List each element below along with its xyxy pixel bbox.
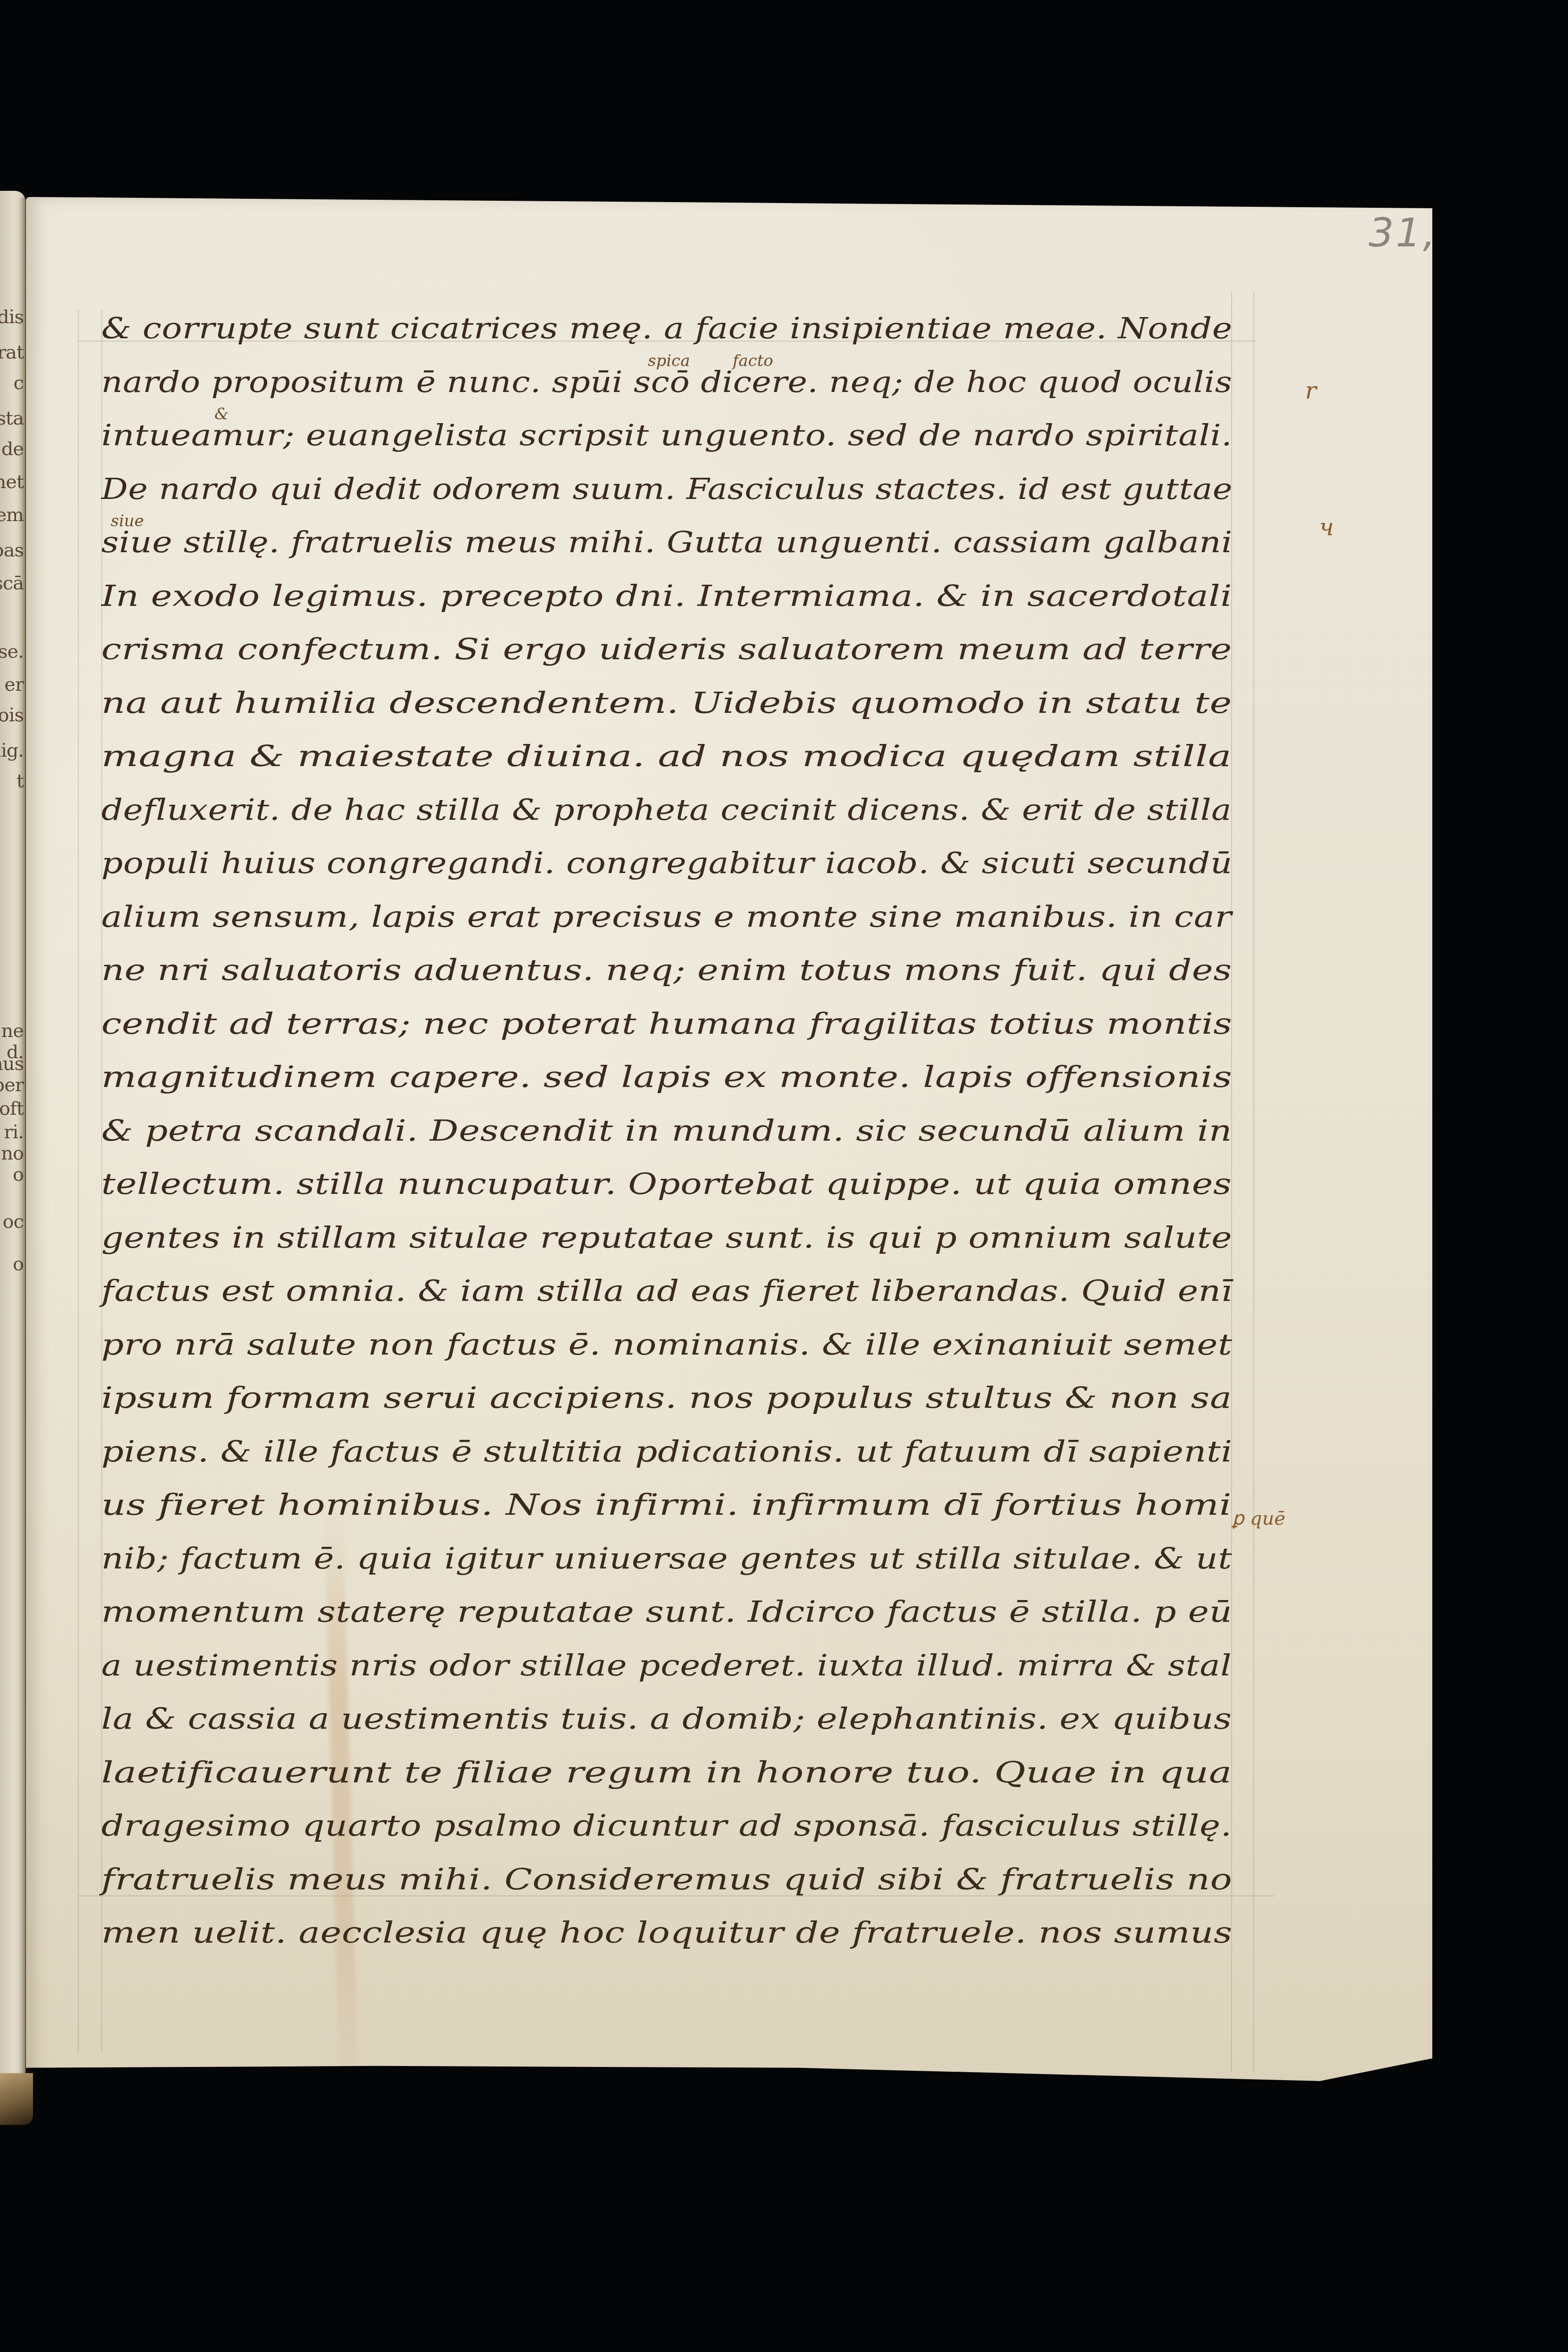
margin-note: r — [1305, 377, 1316, 404]
text-line-content: gentes in stillam situlae reputatae sunt… — [101, 1211, 1232, 1265]
text-line: magnitudinem capere. sed lapis ex monte.… — [101, 1050, 1260, 1104]
text-line-content: dragesimo quarto psalmo dicuntur ad spon… — [101, 1799, 1232, 1853]
text-line-content: cendit ad terras; nec poterat humana fra… — [101, 997, 1232, 1051]
text-line-content: nib; factum ē. quia igitur uniuersae gen… — [101, 1532, 1232, 1585]
text-line: & petra scandali. Descendit in mundum. s… — [101, 1104, 1260, 1158]
text-line-content: populi huius congregandi. congregabitur … — [101, 836, 1233, 890]
text-line: fratruelis meus mihi. Consideremus quid … — [101, 1853, 1260, 1906]
text-line: intueamur; euangelista scripsit unguento… — [101, 408, 1260, 462]
text-line-content: pro nrā salute non factus ē. nominanis. … — [101, 1318, 1233, 1372]
folio-number: 31, — [1369, 210, 1437, 256]
text-line-content: In exodo legimus. precepto dni. Intermia… — [101, 569, 1232, 623]
text-line: ne nri saluatoris aduentus. neq; enim to… — [101, 943, 1260, 997]
text-line: piens. & ille factus ē stultitia pdicati… — [101, 1425, 1260, 1478]
text-line-content: crisma confectum. Si ergo uideris saluat… — [101, 622, 1232, 676]
text-line: crisma confectum. Si ergo uideris saluat… — [101, 622, 1260, 676]
text-line: cendit ad terras; nec poterat humana fra… — [101, 997, 1260, 1051]
text-line-content: & corrupte sunt cicatrices meę. a facie … — [101, 302, 1233, 355]
text-line: tellectum. stilla nuncupatur. Oportebat … — [101, 1157, 1260, 1211]
margin-note: ч — [1319, 514, 1334, 541]
text-line-content: alium sensum, lapis erat precisus e mont… — [101, 890, 1232, 944]
text-line-content: magna & maiestate diuina. ad nos modica … — [101, 729, 1232, 783]
text-line: gentes in stillam situlae reputatae sunt… — [101, 1211, 1260, 1265]
text-line-content: na aut humilia descendentem. Uidebis quo… — [101, 676, 1232, 730]
text-line-content: siue stillę. fratruelis meus mihi. Gutta… — [101, 515, 1233, 569]
text-line-content: De nardo qui dedit odorem suum. Fascicul… — [101, 462, 1233, 516]
text-line-content: magnitudinem capere. sed lapis ex monte.… — [101, 1050, 1232, 1104]
text-line-content: momentum staterę reputatae sunt. Idcirco… — [101, 1585, 1232, 1639]
text-line: men uelit. aecclesia quę hoc loquitur de… — [101, 1906, 1260, 1960]
text-line-content: men uelit. aecclesia quę hoc loquitur de… — [101, 1906, 1233, 1960]
text-line: na aut humilia descendentem. Uidebis quo… — [101, 676, 1260, 730]
text-line-content: la & cassia a uestimentis tuis. a domib;… — [101, 1692, 1232, 1746]
text-line-content: laetificauerunt te filiae regum in honor… — [101, 1746, 1232, 1799]
text-line: & corrupte sunt cicatrices meę. a facie … — [101, 302, 1260, 355]
text-line-content: a uestimentis nris odor stillae pcederet… — [101, 1639, 1232, 1692]
text-line-content: intueamur; euangelista scripsit unguento… — [101, 408, 1233, 462]
text-line: ipsum formam serui accipiens. nos populu… — [101, 1371, 1260, 1425]
text-line: magna & maiestate diuina. ad nos modica … — [101, 729, 1260, 783]
text-line-content: ipsum formam serui accipiens. nos populu… — [101, 1371, 1232, 1425]
ruling-left-outer — [78, 310, 79, 2053]
text-line: laetificauerunt te filiae regum in honor… — [101, 1746, 1260, 1799]
interlinear-gloss: facto — [733, 351, 773, 370]
text-line: siue stillę. fratruelis meus mihi. Gutta… — [101, 515, 1260, 569]
text-line-content: us fieret hominibus. Nos infirmi. infirm… — [101, 1478, 1232, 1532]
text-line-content: piens. & ille factus ē stultitia pdicati… — [101, 1425, 1233, 1478]
main-text-block: & corrupte sunt cicatrices meę. a facie … — [101, 302, 1260, 1960]
text-line-content: factus est omnia. & iam stilla ad eas fi… — [101, 1264, 1233, 1318]
text-line: alium sensum, lapis erat precisus e mont… — [101, 890, 1260, 944]
text-line: De nardo qui dedit odorem suum. Fascicul… — [101, 462, 1260, 516]
binding-corner — [0, 2073, 33, 2125]
text-line: nib; factum ē. quia igitur uniuersae gen… — [101, 1532, 1260, 1585]
text-line: pro nrā salute non factus ē. nominanis. … — [101, 1318, 1260, 1372]
margin-note: ꝑ quē — [1232, 1508, 1285, 1529]
text-line: dragesimo quarto psalmo dicuntur ad spon… — [101, 1799, 1260, 1853]
text-line: momentum staterę reputatae sunt. Idcirco… — [101, 1585, 1260, 1639]
text-line: populi huius congregandi. congregabitur … — [101, 836, 1260, 890]
interlinear-gloss: & — [214, 405, 229, 424]
text-line: In exodo legimus. precepto dni. Intermia… — [101, 569, 1260, 623]
text-line-content: ne nri saluatoris aduentus. neq; enim to… — [101, 943, 1232, 997]
text-line-content: tellectum. stilla nuncupatur. Oportebat … — [101, 1157, 1232, 1211]
text-line: a uestimentis nris odor stillae pcederet… — [101, 1639, 1260, 1692]
text-line: us fieret hominibus. Nos infirmi. infirm… — [101, 1478, 1260, 1532]
interlinear-gloss: siue — [111, 512, 144, 531]
text-line: factus est omnia. & iam stilla ad eas fi… — [101, 1264, 1260, 1318]
text-line: la & cassia a uestimentis tuis. a domib;… — [101, 1692, 1260, 1746]
text-line-content: fratruelis meus mihi. Consideremus quid … — [101, 1853, 1233, 1906]
text-line: defluxerit. de hac stilla & propheta cec… — [101, 783, 1260, 837]
text-line-content: defluxerit. de hac stilla & propheta cec… — [101, 783, 1232, 837]
text-line-content: & petra scandali. Descendit in mundum. s… — [101, 1104, 1232, 1158]
interlinear-gloss: spica — [648, 351, 690, 370]
